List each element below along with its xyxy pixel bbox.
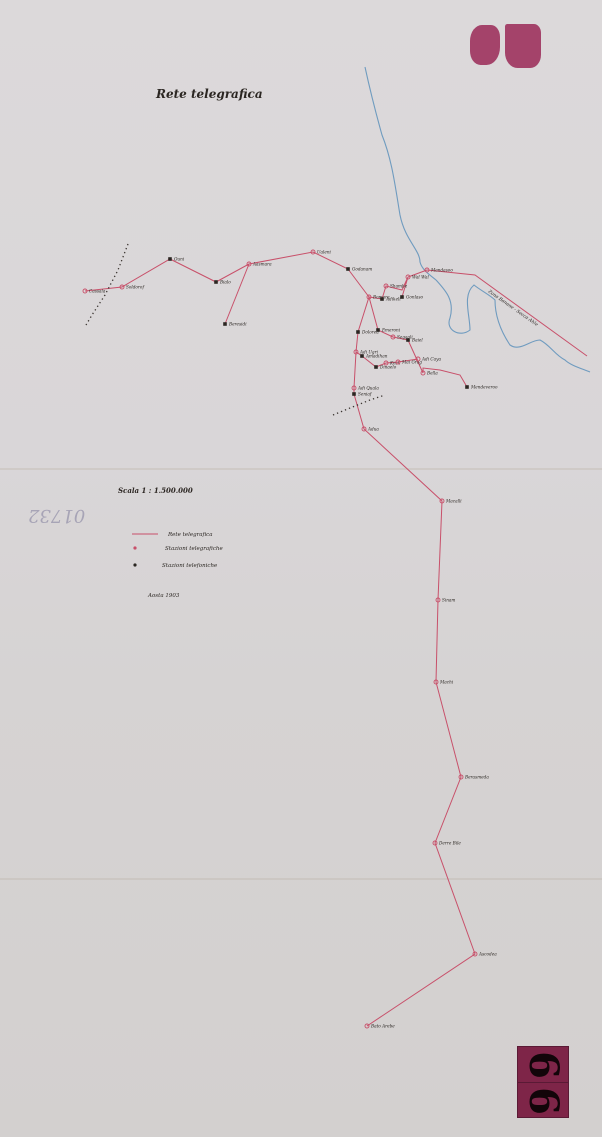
station-label: Soldorof (126, 285, 145, 290)
station-label: Berasmeda (464, 775, 489, 780)
station-label: Adikeli (385, 297, 401, 302)
station-label: Ualeni (317, 250, 332, 255)
station-label: Aasmara (252, 262, 272, 267)
station-label: Macalli (445, 499, 462, 504)
station-label: Wal Wal (412, 275, 430, 280)
border-dotted-west (86, 244, 128, 325)
station-marker (400, 295, 404, 299)
date-text: Aosta 1903 (147, 593, 180, 599)
telegraph-network (85, 252, 475, 1026)
station-label: Mandasoo (430, 268, 453, 273)
station-label: Ascodea (478, 952, 497, 957)
stations-layer: CassalaSoldorofOuniBialoAasmaraBeresidiU… (83, 250, 498, 1029)
station-label: Bialo (219, 280, 231, 285)
station-label: Derre Bile (438, 841, 461, 846)
station-marker (168, 257, 172, 261)
sheet-number-label: 6 6 (517, 1046, 569, 1118)
coastal-label: Zona Banane - Secca Ahle (486, 288, 539, 328)
station-label: Mendeveroo (470, 385, 498, 390)
station-marker (374, 365, 378, 369)
station-marker (376, 328, 380, 332)
station-marker (352, 392, 356, 396)
legend-label-line: Rete telegrafica (167, 532, 213, 538)
station-label: Sinam (442, 598, 455, 603)
station-label: Machi (439, 680, 454, 685)
sheet-number-digit: 6 (523, 1051, 563, 1079)
station-label: Gonlaso (406, 295, 424, 300)
station-marker (223, 322, 227, 326)
station-marker (214, 280, 218, 284)
station-label: Emeroni (381, 328, 401, 333)
station-label: Ouni (174, 257, 185, 262)
station-marker (380, 297, 384, 301)
station-marker (360, 354, 364, 358)
station-marker (465, 385, 469, 389)
station-label: Beresidi (228, 322, 247, 327)
station-marker (356, 330, 360, 334)
station-label: Adi Quala (357, 386, 379, 391)
map-canvas: Rete telegrafica Zona Banane - Secca Ahl… (0, 0, 602, 1137)
legend-black-dot-symbol (133, 563, 136, 566)
station-label: Adi Caya (421, 357, 441, 362)
station-label: Bella (426, 371, 438, 376)
station-label: Shambe (390, 284, 408, 289)
station-label: Baiel (411, 338, 423, 343)
scale-text: Scala 1 : 1.500.000 (118, 486, 193, 495)
river-path (365, 67, 590, 372)
legend-label-telegraph: Stazioni telegrafiche (165, 546, 223, 552)
station-label: Amadihan (365, 354, 388, 359)
station-label: Bato Arebe (370, 1024, 395, 1029)
sheet-number-digit: 6 (523, 1087, 563, 1115)
station-marker (346, 267, 350, 271)
station-label: Cassala (89, 289, 106, 294)
station-label: Seniaf (358, 392, 373, 397)
map-title: Rete telegrafica (155, 87, 263, 101)
station-marker (406, 338, 410, 342)
legend-red-dot-symbol (133, 546, 136, 549)
legend-label-telephone: Stazioni telefoniche (162, 563, 218, 569)
station-label: Segaoli (397, 335, 413, 340)
station-label: Adua (367, 427, 379, 432)
station-label: Godanam (352, 267, 372, 272)
